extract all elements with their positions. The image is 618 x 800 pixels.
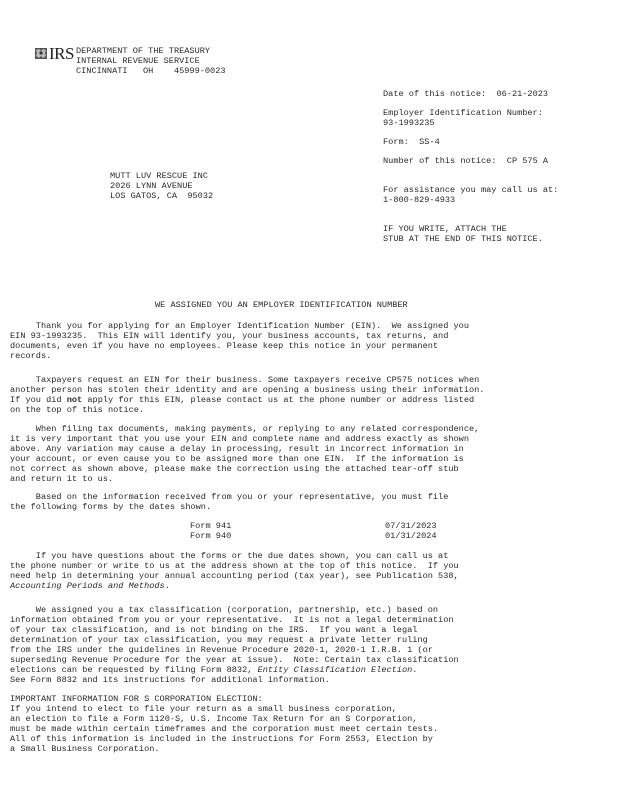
s-corp-heading: IMPORTANT INFORMATION FOR S CORPORATION … xyxy=(10,694,438,704)
notice-heading: WE ASSIGNED YOU AN EMPLOYER IDENTIFICATI… xyxy=(155,300,408,310)
form-due-date: 01/31/2024 xyxy=(385,531,437,541)
notice-number: Number of this notice: CP 575 A xyxy=(383,156,558,166)
write-instruction-2: STUB AT THE END OF THIS NOTICE. xyxy=(383,234,558,244)
paragraph-questions: If you have questions about the forms or… xyxy=(10,551,610,591)
forms-table: Form 941 07/31/2023 Form 940 01/31/2024 xyxy=(190,521,437,541)
service-city: CINCINNATI OH 45999-0023 xyxy=(76,66,226,76)
assistance-phone: 1-800-829-4933 xyxy=(383,195,558,205)
recipient-name: MUTT LUV RESCUE INC xyxy=(110,171,213,181)
notice-info: Date of this notice: 06-21-2023 Employer… xyxy=(383,89,558,244)
ein-value: 93-1993235 xyxy=(383,118,558,128)
paragraph-tax-classification: We assigned you a tax classification (co… xyxy=(10,605,610,685)
form-type: Form: SS-4 xyxy=(383,137,558,147)
form-name: Form 940 xyxy=(190,531,385,541)
service-name: INTERNAL REVENUE SERVICE xyxy=(76,56,226,66)
forms-row: Form 941 07/31/2023 xyxy=(190,521,437,531)
ein-label: Employer Identification Number: xyxy=(383,108,558,118)
irs-letterhead: IRS DEPARTMENT OF THE TREASURY INTERNAL … xyxy=(34,44,226,76)
irs-eagle-icon xyxy=(34,47,48,60)
paragraph-identity-theft: Taxpayers request an EIN for their busin… xyxy=(10,375,610,415)
recipient-address: MUTT LUV RESCUE INC 2026 LYNN AVENUE LOS… xyxy=(110,171,213,201)
form-name: Form 941 xyxy=(190,521,385,531)
department-name: DEPARTMENT OF THE TREASURY xyxy=(76,46,226,56)
notice-date: Date of this notice: 06-21-2023 xyxy=(383,89,558,99)
s-corp-section: IMPORTANT INFORMATION FOR S CORPORATION … xyxy=(10,694,438,754)
form-due-date: 07/31/2023 xyxy=(385,521,437,531)
irs-logo-text: IRS xyxy=(49,45,74,63)
paragraph-filing-instructions: When filing tax documents, making paymen… xyxy=(10,424,610,484)
s-corp-text: If you intend to elect to file your retu… xyxy=(10,704,438,754)
recipient-street: 2026 LYNN AVENUE xyxy=(110,181,213,191)
write-instruction-1: IF YOU WRITE, ATTACH THE xyxy=(383,224,558,234)
paragraph-forms-due: Based on the information received from y… xyxy=(10,492,610,512)
paragraph-thank-you: Thank you for applying for an Employer I… xyxy=(10,321,610,361)
recipient-city: LOS GATOS, CA 95032 xyxy=(110,191,213,201)
assistance-label: For assistance you may call us at: xyxy=(383,185,558,195)
forms-row: Form 940 01/31/2024 xyxy=(190,531,437,541)
